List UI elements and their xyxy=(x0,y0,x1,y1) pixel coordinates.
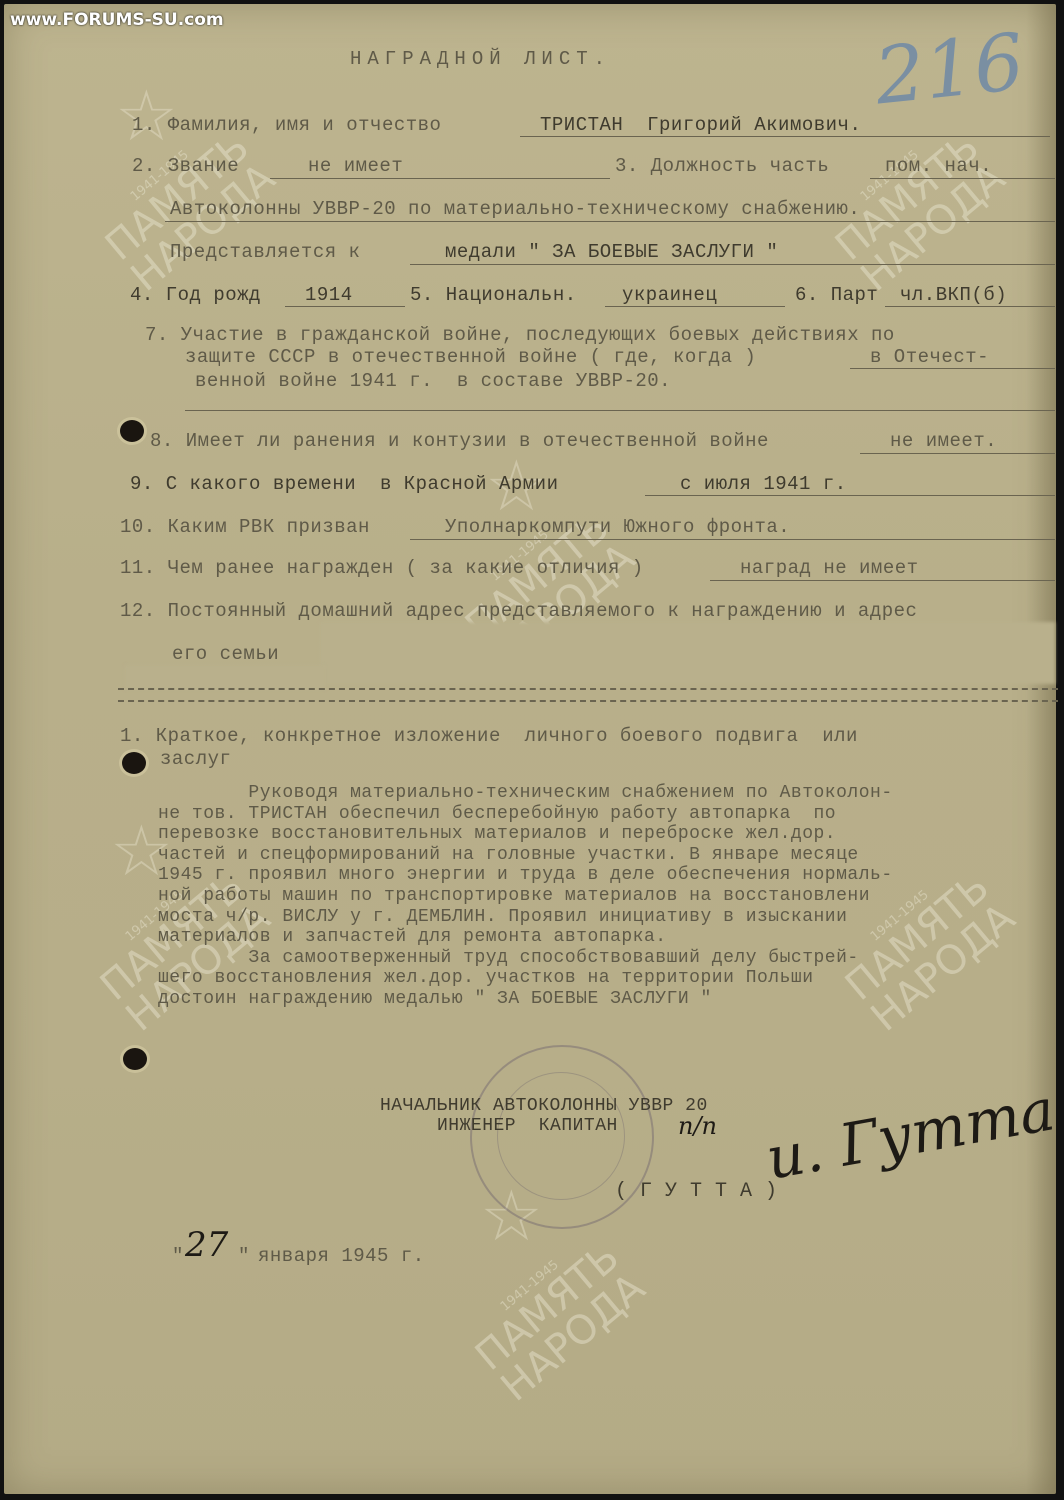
archive-number: 216 xyxy=(871,17,1028,122)
underline xyxy=(850,368,1055,369)
redacted-address xyxy=(320,622,1055,684)
citation-line: частей и спецформирований на головные уч… xyxy=(158,845,859,865)
citation-line: не тов. ТРИСТАН обеспечил бесперебойную … xyxy=(158,804,836,824)
citation-line: шего восстановления жел.дор. участков на… xyxy=(158,968,814,988)
punch-hole xyxy=(123,1048,147,1070)
field-7-line2: защите СССР в отечественной войне ( где,… xyxy=(185,346,756,368)
citation-line: достоин награждению медалью " ЗА БОЕВЫЕ … xyxy=(158,989,712,1009)
underline xyxy=(860,453,1055,454)
field-4-value: 1914 xyxy=(305,284,353,306)
underline xyxy=(885,306,1055,307)
citation-line: 1945 г. проявил много энергии и труда в … xyxy=(158,865,893,885)
underline xyxy=(165,221,1055,222)
field-9-label: 9. С какого времени в Красной Армии xyxy=(130,473,558,495)
field-1-value: ТРИСТАН Григорий Акимович. xyxy=(540,114,861,136)
punch-hole xyxy=(120,420,144,442)
citation-line: перевозке восстановительных материалов и… xyxy=(158,824,836,844)
punch-hole xyxy=(122,752,146,774)
date-month-year: января 1945 г. xyxy=(258,1245,425,1267)
section2-heading-line2: заслуг xyxy=(160,748,231,770)
underline xyxy=(520,136,1050,137)
field-5-label: 5. Национальн. xyxy=(410,284,577,306)
pp-handwritten: п/п xyxy=(678,1112,717,1140)
citation-line: материалов и запчастей для ремонта автоп… xyxy=(158,927,667,947)
field-8-value: не имеет. xyxy=(890,430,997,452)
field-3-value: пом. нач. xyxy=(885,155,992,177)
nominated-label: Представляется к xyxy=(170,241,360,263)
signatory-name: ( Г У Т Т А ) xyxy=(615,1180,778,1203)
field-2-value: не имеет xyxy=(308,155,403,177)
citation-line: За самоотверженный труд способствовавший… xyxy=(158,948,859,968)
section2-heading-line1: 1. Краткое, конкретное изложение личного… xyxy=(120,725,858,747)
citation-line: моста ч/р. ВИСЛУ у г. ДЕМБЛИН. Проявил и… xyxy=(158,907,847,927)
underline xyxy=(410,539,1055,540)
field-3-label: 3. Должность часть xyxy=(615,155,829,177)
field-12-line1: 12. Постоянный домашний адрес представля… xyxy=(120,600,917,622)
underline xyxy=(870,178,1055,179)
signatory-title-line2: ИНЖЕНЕР КАПИТАН xyxy=(437,1116,618,1136)
redacted-address xyxy=(125,665,325,689)
underline xyxy=(645,495,1055,496)
nominated-value: медали " ЗА БОЕВЫЕ ЗАСЛУГИ " xyxy=(445,241,778,263)
date-day-handwritten: 27 xyxy=(185,1225,228,1265)
field-11-value: наград не имеет xyxy=(740,557,919,579)
date-quote-close: " xyxy=(238,1245,250,1267)
signatory-title-line1: НАЧАЛЬНИК АВТОКОЛОННЫ УВВР 20 xyxy=(380,1096,708,1116)
field-6-value: чл.ВКП(б) xyxy=(900,284,1007,306)
field-7-line1: 7. Участие в гражданской войне, последую… xyxy=(145,324,895,346)
field-11-label: 11. Чем ранее награжден ( за какие отлич… xyxy=(120,557,644,579)
field-2-label: 2. Звание xyxy=(132,155,239,177)
section-divider xyxy=(118,688,1058,702)
field-9-value: с июля 1941 г. xyxy=(680,473,847,495)
underline xyxy=(410,264,1055,265)
field-7-value1: в Отечест- xyxy=(870,346,989,368)
field-10-value: Уполнаркомпути Южного фронта. xyxy=(445,516,790,538)
underline xyxy=(605,306,785,307)
field-12-line2: его семьи xyxy=(172,643,279,665)
field-4-label: 4. Год рожд xyxy=(130,284,261,306)
field-3-value-cont: Автоколонны УВВР-20 по материально-техни… xyxy=(170,198,860,220)
underline xyxy=(285,306,405,307)
document-title: НАГРАДНОЙ ЛИСТ. xyxy=(350,48,611,70)
underline xyxy=(185,410,1055,411)
citation-line: ной работы машин по транспортировке мате… xyxy=(158,886,870,906)
field-1-label: 1. Фамилия, имя и отчество xyxy=(132,114,441,136)
field-6-label: 6. Парт xyxy=(795,284,878,306)
citation-line: Руководя материально-техническим снабжен… xyxy=(158,783,893,803)
field-10-label: 10. Каким РВК призван xyxy=(120,516,370,538)
underline xyxy=(710,580,1055,581)
field-7-value2: венной войне 1941 г. в составе УВВР-20. xyxy=(195,370,671,392)
underline xyxy=(270,178,610,179)
date-quote-open: " xyxy=(172,1245,184,1267)
field-8-label: 8. Имеет ли ранения и контузии в отечест… xyxy=(150,430,769,452)
site-watermark: www.FORUMS-SU.com xyxy=(10,10,224,30)
field-5-value: украинец xyxy=(622,284,717,306)
